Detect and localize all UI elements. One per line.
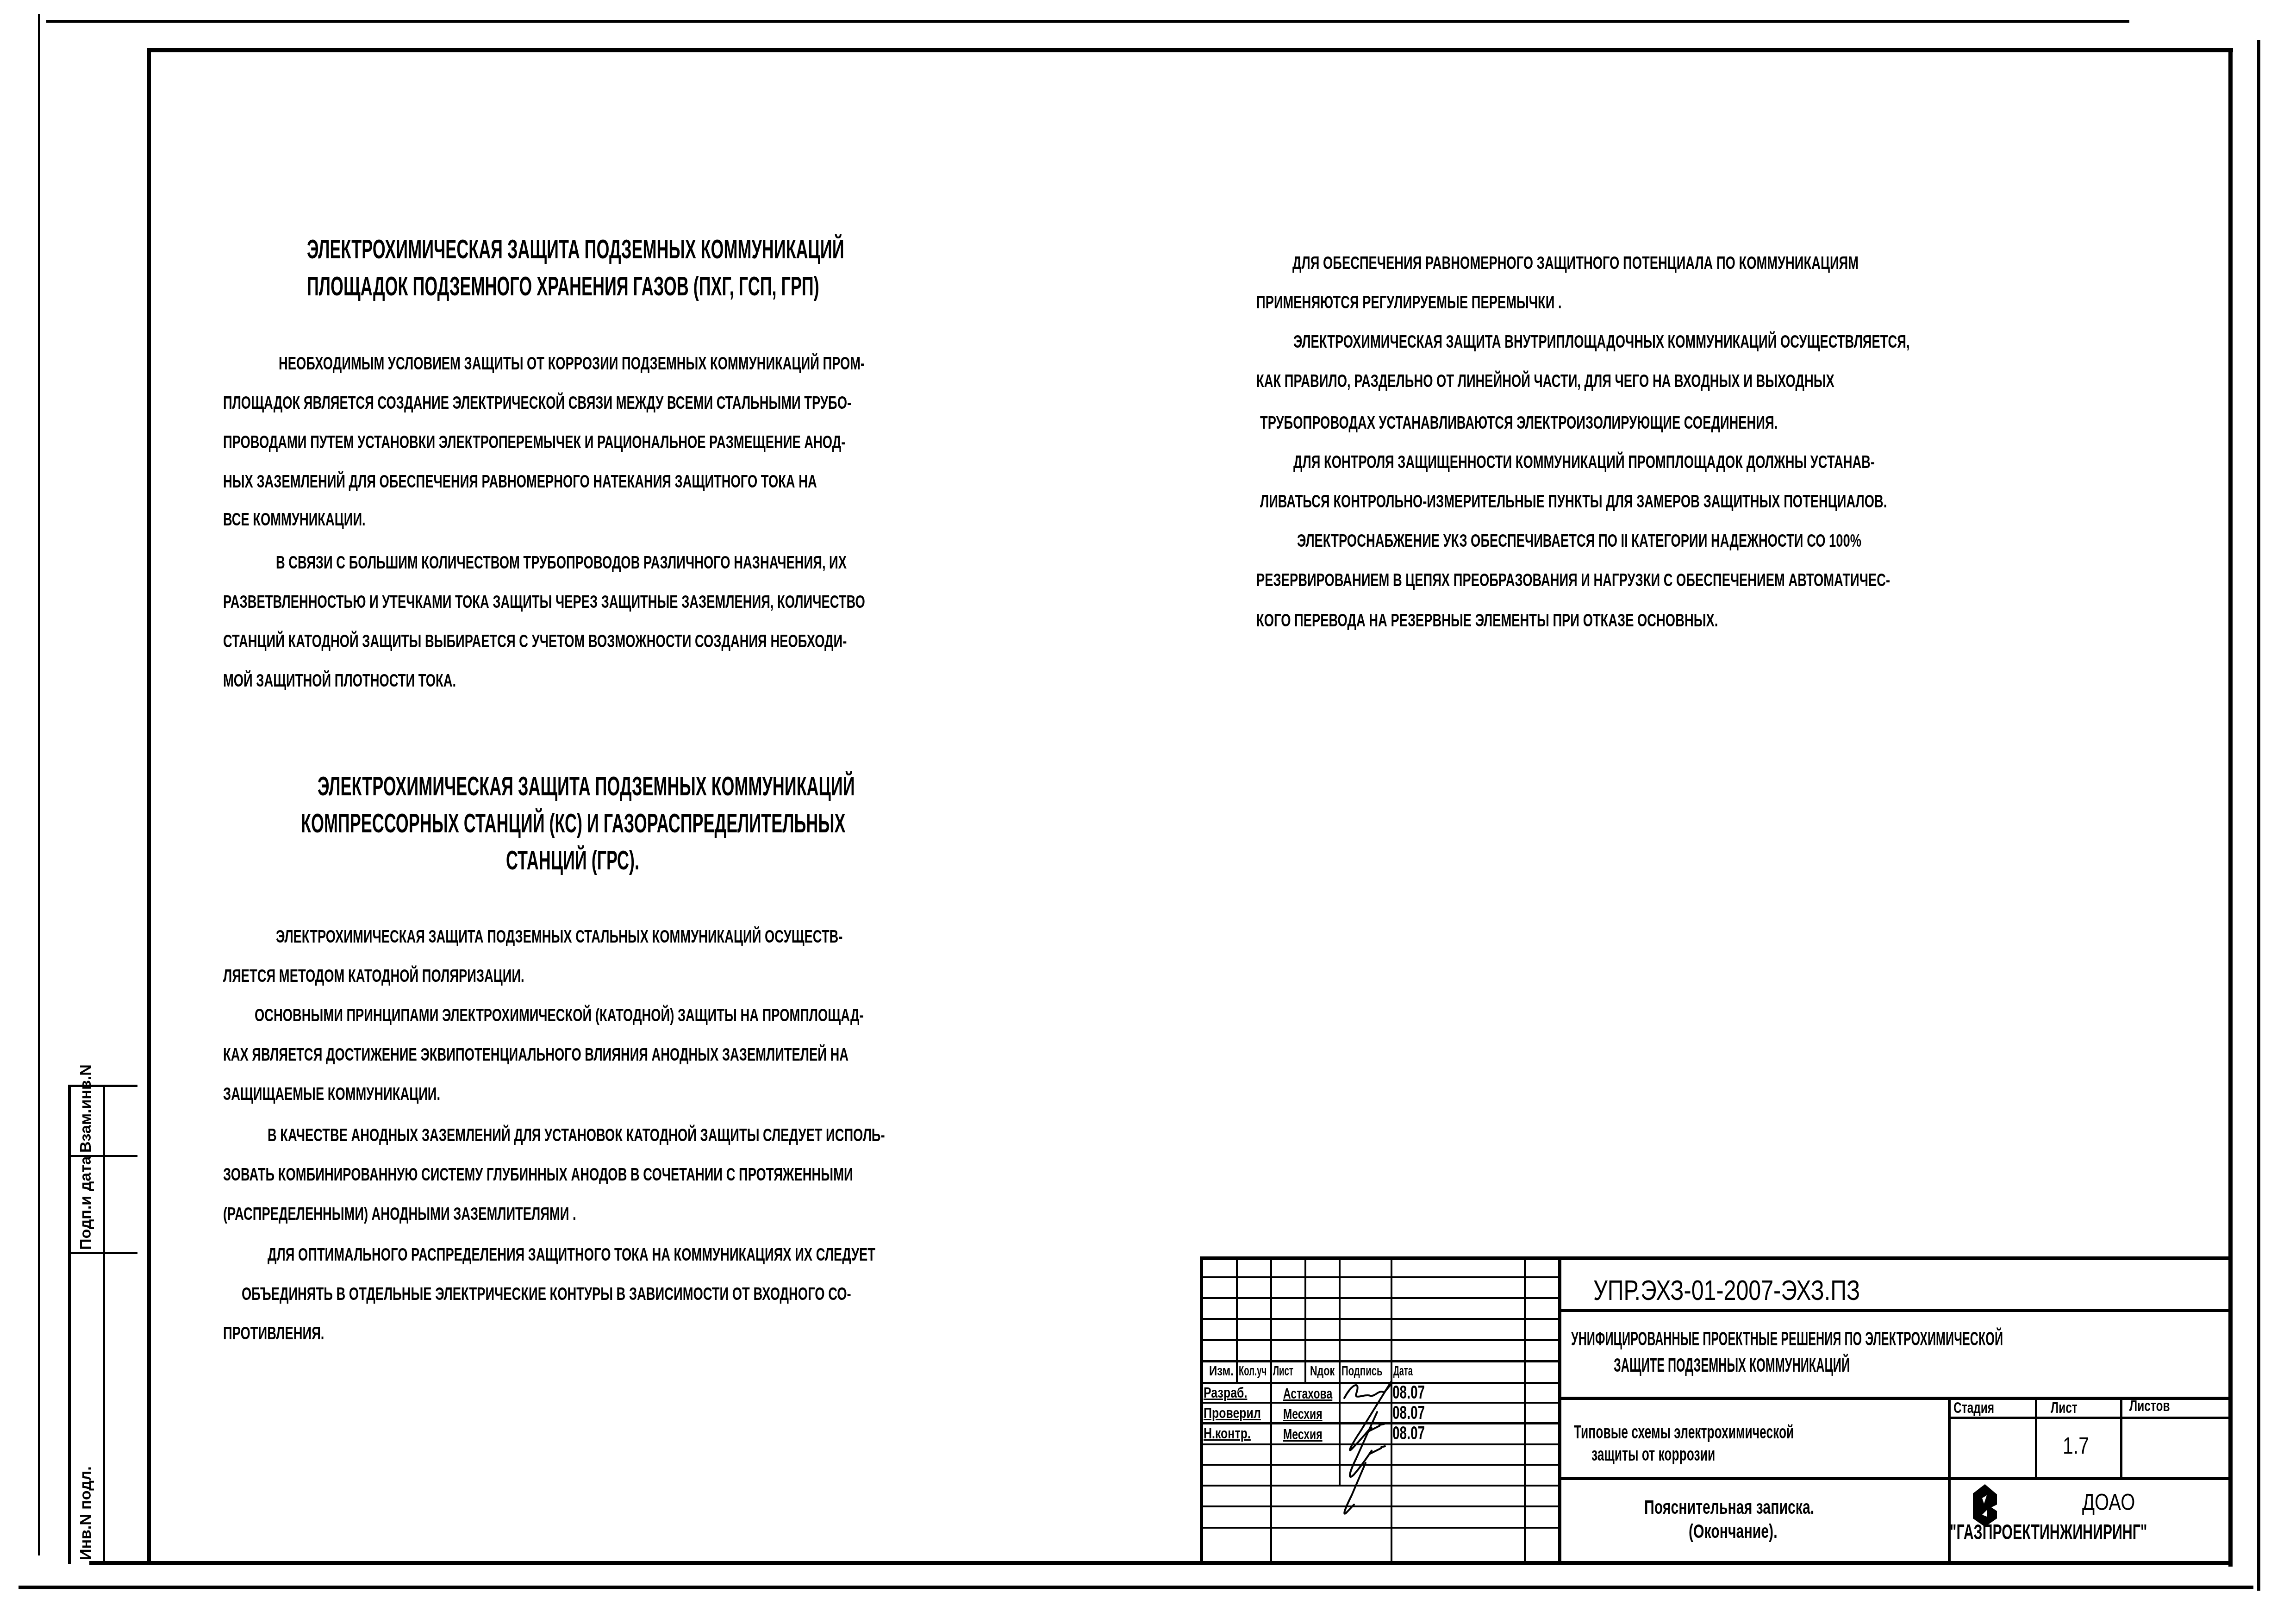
frame-bottom	[89, 1561, 2233, 1565]
section2-heading-line1: ЭЛЕКТРОХИМИЧЕСКАЯ ЗАЩИТА ПОДЗЕМНЫХ КОММУ…	[318, 771, 855, 802]
document-code: УПР.ЭХЗ-01-2007-ЭХЗ.ПЗ	[1593, 1274, 1860, 1307]
stamp-name-developer: Астахова	[1283, 1385, 1332, 1402]
text-line: НЫХ ЗАЗЕМЛЕНИЙ ДЛЯ ОБЕСПЕЧЕНИЯ РАВНОМЕРН…	[223, 472, 817, 492]
sheet-trim-right	[2257, 40, 2260, 1591]
sheet-trim-bottom	[19, 1586, 2253, 1589]
text-line: ПЛОЩАДОК ЯВЛЯЕТСЯ СОЗДАНИЕ ЭЛЕКТРИЧЕСКОЙ…	[223, 394, 851, 413]
text-line: ЭЛЕКТРОХИМИЧЕСКАЯ ЗАЩИТА ВНУТРИПЛОЩАДОЧН…	[1293, 332, 1909, 352]
organization-prefix: ДОАО	[2082, 1489, 2135, 1516]
stamp-role-developer: Разраб.	[1204, 1384, 1247, 1401]
text-line: ЗОВАТЬ КОМБИНИРОВАННУЮ СИСТЕМУ ГЛУБИННЫХ…	[223, 1165, 853, 1185]
stamp-role-checker: Проверил	[1204, 1405, 1261, 1422]
stage-label: Стадия	[1953, 1399, 1994, 1417]
text-line: ЭЛЕКТРОХИМИЧЕСКАЯ ЗАЩИТА ПОДЗЕМНЫХ СТАЛЬ…	[276, 927, 842, 947]
text-line: ПРОТИВЛЕНИЯ.	[223, 1324, 324, 1344]
text-line: ТРУБОПРОВОДАХ УСТАНАВЛИВАЮТСЯ ЭЛЕКТРОИЗО…	[1260, 413, 1778, 433]
text-line: В СВЯЗИ С БОЛЬШИМ КОЛИЧЕСТВОМ ТРУБОПРОВО…	[276, 553, 847, 573]
frame-top	[147, 48, 2233, 52]
sheet-trim-top	[46, 20, 2129, 23]
text-line: КАХ ЯВЛЯЕТСЯ ДОСТИЖЕНИЕ ЭКВИПОТЕНЦИАЛЬНО…	[223, 1045, 849, 1065]
side-label-replacement-inv: Взам.инв.N	[77, 1064, 95, 1153]
text-line: РАЗВЕТВЛЕННОСТЬЮ И УТЕЧКАМИ ТОКА ЗАЩИТЫ …	[223, 593, 865, 612]
sheet-trim-left	[38, 14, 40, 1555]
text-line: РЕЗЕРВИРОВАНИЕМ В ЦЕПЯХ ПРЕОБРАЗОВАНИЯ И…	[1256, 571, 1890, 591]
signature-scribbles-icon	[1333, 1356, 1398, 1555]
sheet-title-line1: Типовые схемы электрохимической	[1574, 1422, 1794, 1443]
text-line: В КАЧЕСТВЕ АНОДНЫХ ЗАЗЕМЛЕНИЙ ДЛЯ УСТАНО…	[268, 1126, 885, 1146]
document-name-line2: (Окончание).	[1689, 1520, 1778, 1543]
stamp-header-sheet: Лист	[1273, 1363, 1293, 1379]
section1-heading-line1: ЭЛЕКТРОХИМИЧЕСКАЯ ЗАЩИТА ПОДЗЕМНЫХ КОММУ…	[307, 234, 844, 265]
text-line: ДЛЯ ОБЕСПЕЧЕНИЯ РАВНОМЕРНОГО ЗАЩИТНОГО П…	[1292, 254, 1859, 274]
text-line: СТАНЦИЙ КАТОДНОЙ ЗАЩИТЫ ВЫБИРАЕТСЯ С УЧЕ…	[223, 632, 847, 652]
sheet-title-line2: защиты от коррозии	[1591, 1444, 1715, 1465]
document-name-line1: Пояснительная записка.	[1644, 1496, 1814, 1518]
sheets-label: Листов	[2129, 1397, 2170, 1415]
text-line: ОСНОВНЫМИ ПРИНЦИПАМИ ЭЛЕКТРОХИМИЧЕСКОЙ (…	[255, 1006, 864, 1026]
section2-heading-line3: СТАНЦИЙ (ГРС).	[506, 845, 639, 876]
organization-name: "ГАЗПРОЕКТИНЖИНИРИНГ"	[1950, 1519, 2147, 1544]
section1-heading-line2: ПЛОЩАДОК ПОДЗЕМНОГО ХРАНЕНИЯ ГАЗОВ (ПХГ,…	[307, 271, 819, 302]
frame-left	[147, 48, 151, 1565]
stamp-name-checker: Месхия	[1283, 1405, 1323, 1423]
stamp-name-normcontrol: Месхия	[1283, 1426, 1323, 1443]
text-line: ЛЯЕТСЯ МЕТОДОМ КАТОДНОЙ ПОЛЯРИЗАЦИИ.	[223, 967, 524, 987]
text-line: (РАСПРЕДЕЛЕННЫМИ) АНОДНЫМИ ЗАЗЕМЛИТЕЛЯМИ…	[223, 1205, 576, 1224]
text-line: ДЛЯ ОПТИМАЛЬНОГО РАСПРЕДЕЛЕНИЯ ЗАЩИТНОГО…	[268, 1245, 875, 1265]
stamp-role-normcontrol: Н.контр.	[1204, 1425, 1251, 1442]
stamp-header-quantity: Кол.уч	[1239, 1363, 1267, 1379]
side-label-signature-date: Подп.и дата	[77, 1156, 95, 1250]
text-line: МОЙ ЗАЩИТНОЙ ПЛОТНОСТИ ТОКА.	[223, 671, 456, 691]
text-line: КАК ПРАВИЛО, РАЗДЕЛЬНО ОТ ЛИНЕЙНОЙ ЧАСТИ…	[1256, 372, 1834, 392]
text-line: ОБЪЕДИНЯТЬ В ОТДЕЛЬНЫЕ ЭЛЕКТРИЧЕСКИЕ КОН…	[242, 1285, 851, 1305]
stamp-header-docnum: Nдок	[1310, 1363, 1335, 1379]
frame-right	[2228, 48, 2233, 1567]
text-line: ДЛЯ КОНТРОЛЯ ЗАЩИЩЕННОСТИ КОММУНИКАЦИЙ П…	[1293, 453, 1875, 473]
stamp-header-change: Изм.	[1209, 1363, 1234, 1379]
project-title-line2: ЗАЩИТЕ ПОДЗЕМНЫХ КОММУНИКАЦИЙ	[1614, 1354, 1850, 1376]
text-line: ПРОВОДАМИ ПУТЕМ УСТАНОВКИ ЭЛЕКТРОПЕРЕМЫЧ…	[223, 433, 845, 453]
text-line: ЭЛЕКТРОСНАБЖЕНИЕ УКЗ ОБЕСПЕЧИВАЕТСЯ ПО I…	[1297, 531, 1861, 551]
side-label-original-inv: Инв.N подл.	[77, 1466, 95, 1560]
text-line: ВСЕ КОММУНИКАЦИИ.	[223, 510, 366, 530]
text-line: ЛИВАТЬСЯ КОНТРОЛЬНО-ИЗМЕРИТЕЛЬНЫЕ ПУНКТЫ…	[1260, 492, 1887, 512]
section2-heading-line2: КОМПРЕССОРНЫХ СТАНЦИЙ (КС) И ГАЗОРАСПРЕД…	[301, 808, 845, 839]
text-line: ЗАЩИЩАЕМЫЕ КОММУНИКАЦИИ.	[223, 1085, 440, 1105]
sheet-label: Лист	[2051, 1399, 2078, 1417]
text-line: КОГО ПЕРЕВОДА НА РЕЗЕРВНЫЕ ЭЛЕМЕНТЫ ПРИ …	[1256, 611, 1718, 631]
text-line: ПРИМЕНЯЮТСЯ РЕГУЛИРУЕМЫЕ ПЕРЕМЫЧКИ .	[1256, 293, 1562, 313]
project-title-line1: УНИФИЦИРОВАННЫЕ ПРОЕКТНЫЕ РЕШЕНИЯ ПО ЭЛЕ…	[1571, 1328, 2003, 1350]
sheet-number: 1.7	[2063, 1432, 2089, 1459]
text-line: НЕОБХОДИМЫМ УСЛОВИЕМ ЗАЩИТЫ ОТ КОРРОЗИИ …	[279, 354, 865, 374]
